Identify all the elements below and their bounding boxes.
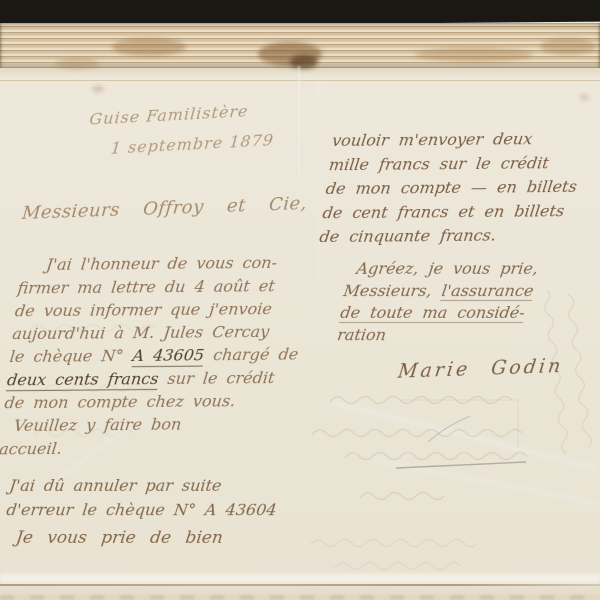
stain bbox=[55, 58, 99, 69]
stain bbox=[540, 38, 596, 55]
dateline-block: Guise Familistère 1 septembre 1879 bbox=[85, 95, 277, 165]
letter-line: de mon compte chez vous. bbox=[3, 389, 294, 415]
letter-line: J'ai dû annuler par suite bbox=[8, 474, 281, 498]
letter-line: Veuillez y faire bon bbox=[1, 412, 292, 438]
letter-line: le chèque N° A 43605 chargé de bbox=[9, 343, 300, 369]
letter-line: de vous informer que j'envoie bbox=[14, 297, 305, 323]
page-bottom-texture bbox=[0, 595, 600, 600]
letter-line: de cinquante francs. bbox=[318, 223, 572, 249]
letter-line: ration bbox=[336, 324, 530, 346]
stain bbox=[580, 95, 589, 100]
closing-block: Agréez, je vous prie, Messieurs, l'assur… bbox=[336, 258, 540, 346]
paragraph-4: vouloir m'envoyer deux mille francs sur … bbox=[318, 127, 585, 249]
bleedthrough-writing bbox=[540, 290, 600, 500]
cheque-text: chargé de bbox=[203, 345, 299, 365]
stain bbox=[290, 55, 318, 69]
letter-line: Messieurs, l'assurance bbox=[342, 280, 536, 302]
letter-line: firmer ma lettre du 4 août et bbox=[16, 274, 307, 300]
letter-text: de toute ma considé- bbox=[339, 303, 526, 323]
letter-line: deux cents francs sur le crédit bbox=[6, 366, 297, 392]
cheque-number: A 43605 bbox=[131, 346, 205, 368]
cheque-text: le chèque N° bbox=[9, 346, 134, 366]
letter-line: J'ai l'honneur de vous con- bbox=[19, 251, 310, 277]
paragraph-3: Je vous prie de bien bbox=[15, 528, 224, 548]
letterbook-photo: Guise Familistère 1 septembre 1879 Messi… bbox=[0, 0, 600, 600]
amount-text: deux cents francs bbox=[6, 369, 160, 391]
letter-line: de mon compte — en billets bbox=[324, 175, 578, 201]
stain bbox=[92, 86, 104, 92]
stain bbox=[415, 47, 533, 62]
stain bbox=[112, 38, 186, 56]
letter-line: d'erreur le chèque N° A 43604 bbox=[5, 498, 278, 522]
letter-line: mille francs sur le crédit bbox=[327, 151, 581, 177]
letter-line: de cent francs et en billets bbox=[321, 199, 575, 225]
vertical-crease bbox=[318, 80, 321, 340]
letter-line: Agréez, je vous prie, bbox=[345, 258, 539, 280]
bottom-fold-highlight bbox=[0, 574, 600, 583]
paragraph-2: J'ai dû annuler par suite d'erreur le ch… bbox=[5, 474, 281, 522]
letter-text: Messieurs, bbox=[342, 281, 443, 300]
letter-text: l'assurance bbox=[440, 281, 535, 301]
vertical-crease bbox=[297, 66, 301, 174]
paragraph-1: J'ai l'honneur de vous con- firmer ma le… bbox=[0, 251, 310, 461]
letter-line: accueil. bbox=[0, 435, 289, 461]
letter-text: sur le crédit bbox=[157, 368, 275, 388]
salutation-line: Messieurs Offroy et Cie, bbox=[21, 193, 308, 224]
letter-line: vouloir m'envoyer deux bbox=[331, 127, 585, 153]
letter-line: aujourd'hui à M. Jules Cercay bbox=[11, 320, 302, 346]
letter-line: de toute ma considé- bbox=[339, 302, 533, 324]
